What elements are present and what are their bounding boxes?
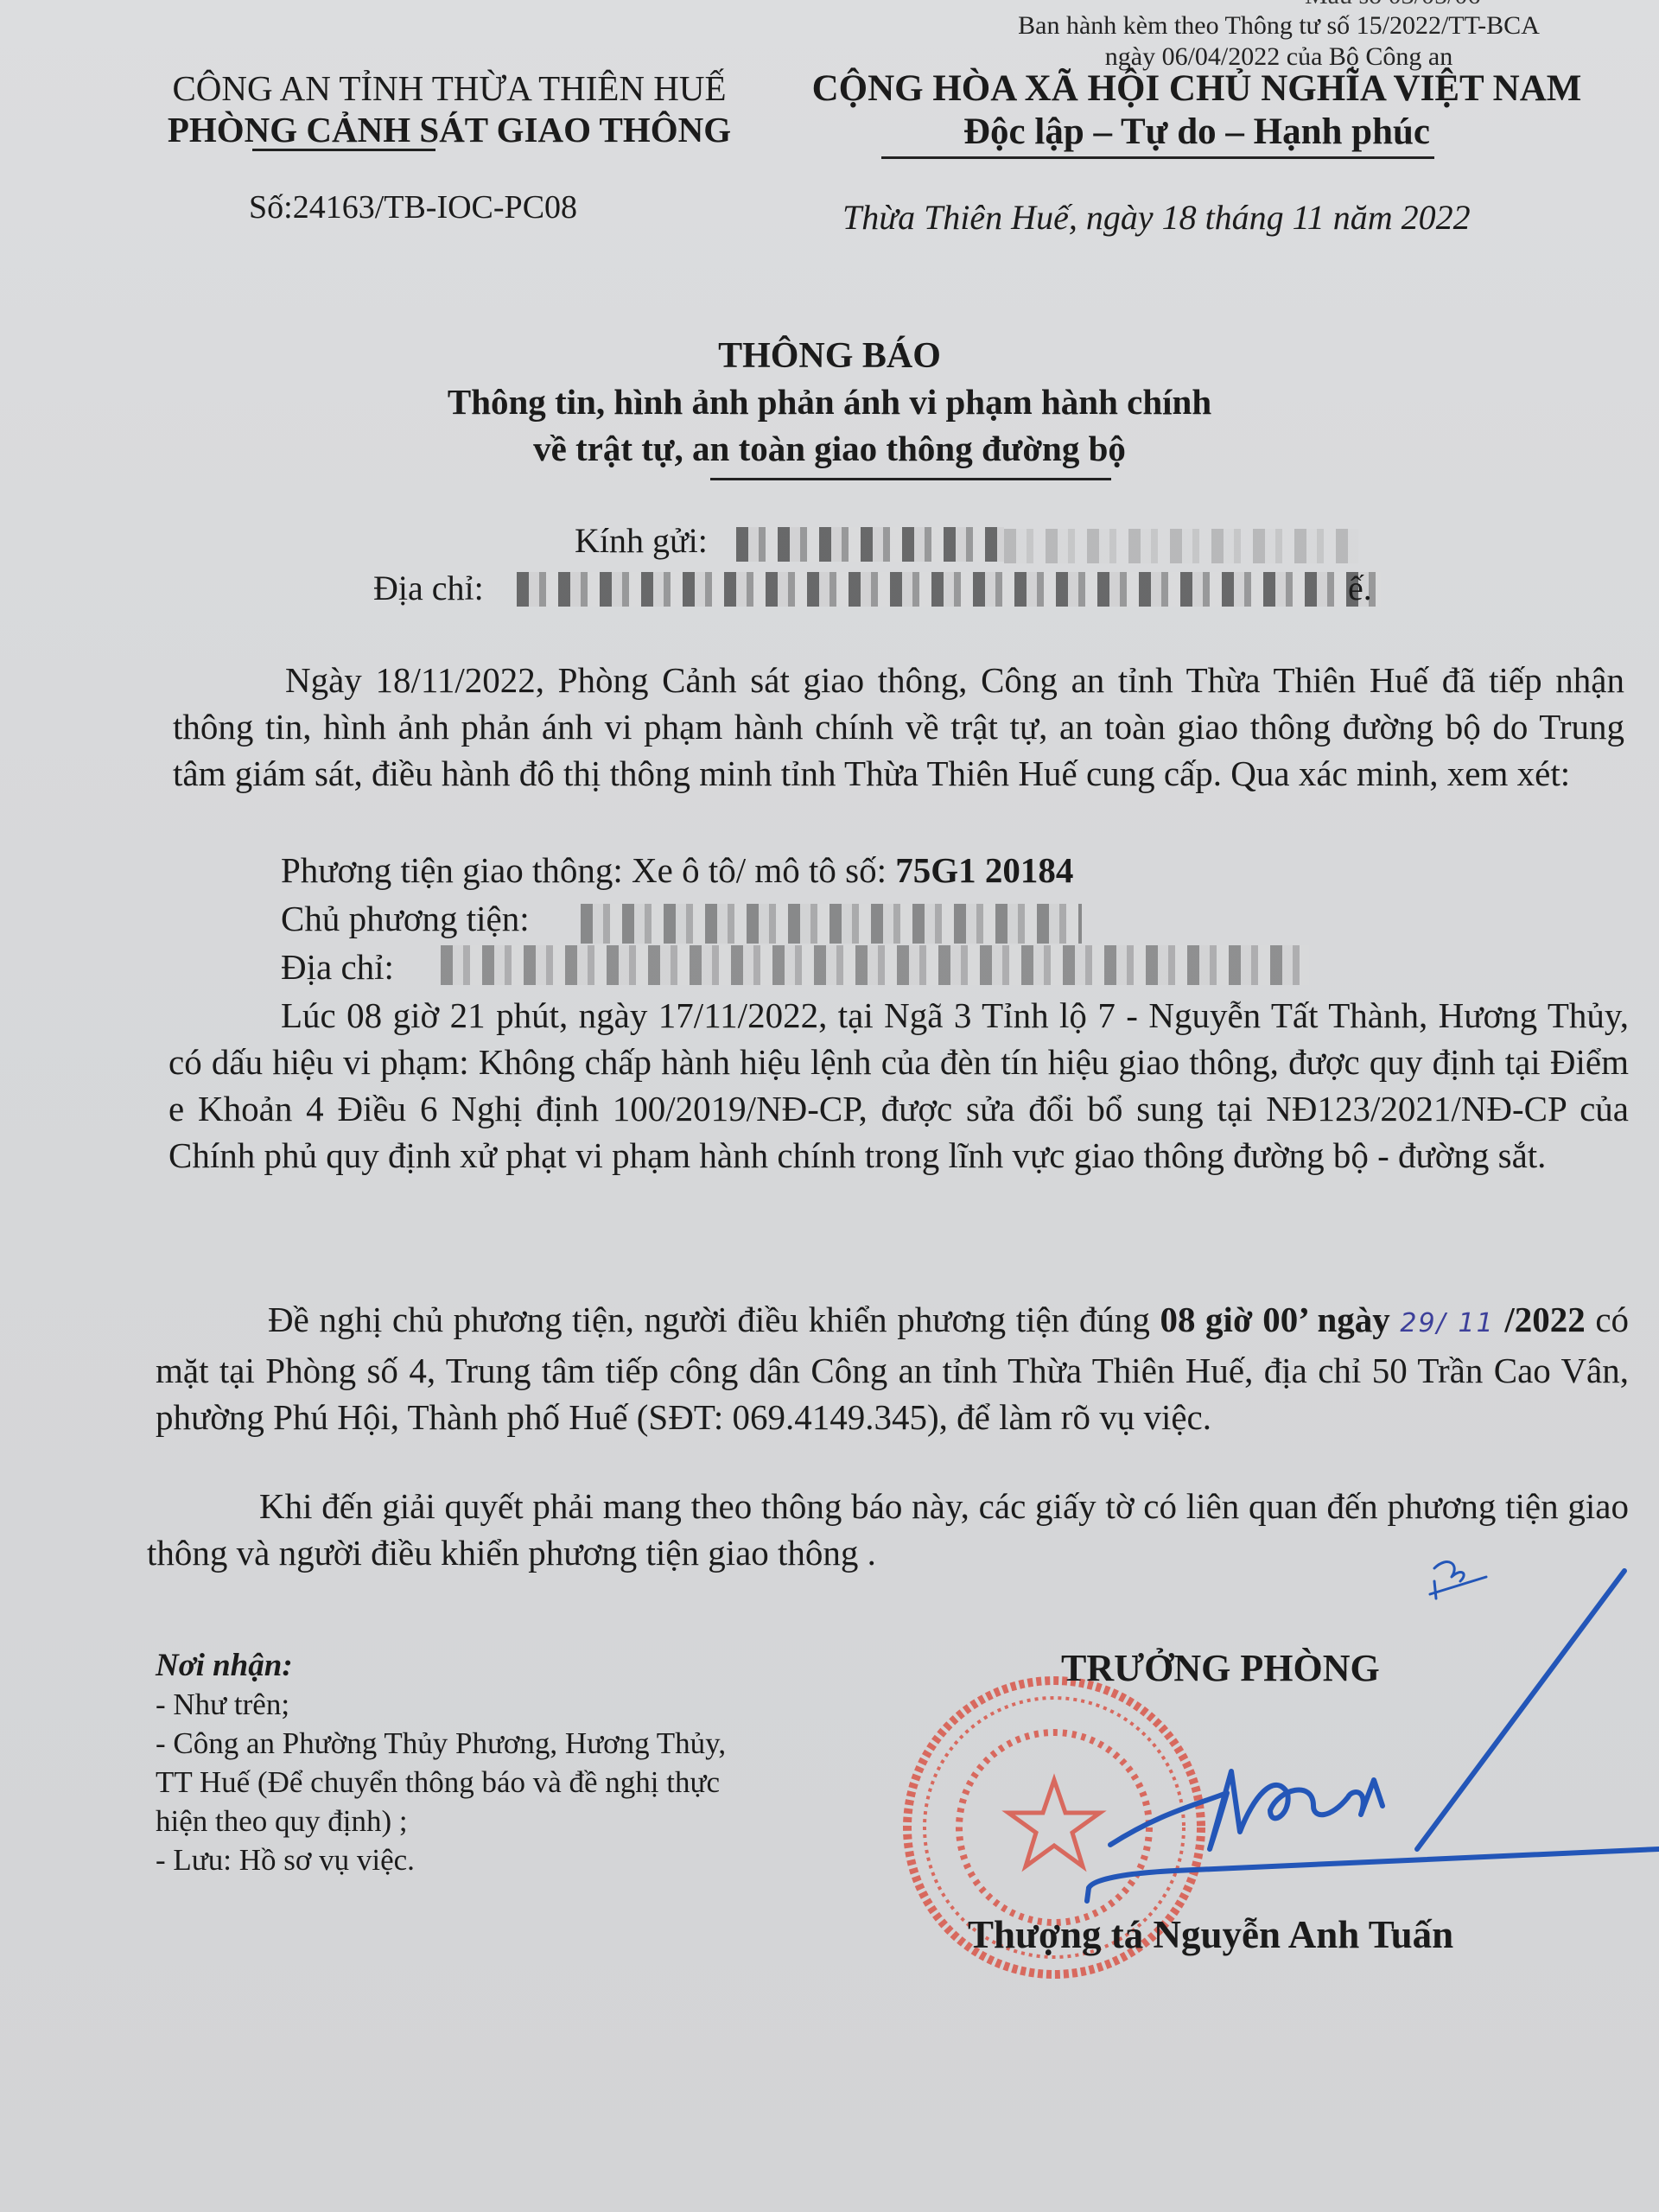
recipient-address-label: Địa chỉ:: [373, 566, 484, 611]
issued-with-line1: Ban hành kèm theo Thông tư số 15/2022/TT…: [985, 10, 1573, 41]
title-main: THÔNG BÁO: [259, 334, 1400, 378]
recipient-item: hiện theo quy định) ;: [156, 1802, 726, 1840]
owner-label: Chủ phương tiện:: [281, 899, 530, 938]
vehicle-field: Phương tiện giao thông: Xe ô tô/ mô tô s…: [281, 847, 1073, 893]
redacted-recipient-name-tail: [1004, 529, 1358, 563]
recipients-list: Nơi nhận: - Như trên; - Công an Phường T…: [156, 1646, 726, 1879]
signature-icon: [1087, 1562, 1659, 1901]
document-number: Số:24163/TB-IOC-PC08: [249, 188, 577, 226]
handwritten-date: 29/ 11: [1400, 1308, 1494, 1338]
recipient-address-tail: ế.: [1348, 566, 1372, 611]
agency-line1: CÔNG AN TỈNH THỪA THIÊN HUẾ: [104, 67, 795, 109]
vehicle-plate: 75G1 20184: [895, 850, 1073, 890]
intro-paragraph: Ngày 18/11/2022, Phòng Cảnh sát giao thô…: [173, 657, 1624, 797]
agency-line2: PHÒNG CẢNH SÁT GIAO THÔNG: [104, 109, 795, 150]
issuing-agency: CÔNG AN TỈNH THỪA THIÊN HUẾ PHÒNG CẢNH S…: [104, 67, 795, 150]
document-date: Thừa Thiên Huế, ngày 18 tháng 11 năm 202…: [842, 197, 1471, 238]
signatory-title: TRƯỞNG PHÒNG: [1061, 1646, 1380, 1690]
recipient-label: Kính gửi:: [575, 518, 708, 563]
request-paragraph: Đề nghị chủ phương tiện, người điều khiể…: [156, 1296, 1629, 1440]
motto-underline: [881, 156, 1434, 159]
closing-paragraph: Khi đến giải quyết phải mang theo thông …: [147, 1483, 1629, 1576]
redacted-recipient-address: [517, 572, 1381, 607]
request-year: /2022: [1504, 1300, 1585, 1339]
title-sub-line1: Thông tin, hình ảnh phản ánh vi phạm hàn…: [259, 378, 1400, 425]
owner-address-label: Địa chỉ:: [281, 947, 394, 987]
signatory-name: Thượng tá Nguyễn Anh Tuấn: [968, 1912, 1453, 1957]
nation-line1: CỘNG HÒA XÃ HỘI CHỦ NGHĨA VIỆT NAM: [782, 67, 1611, 111]
owner-field: Chủ phương tiện:: [281, 895, 530, 942]
violation-paragraph: Lúc 08 giờ 21 phút, ngày 17/11/2022, tại…: [168, 992, 1629, 1179]
request-time: 08 giờ 00’ ngày: [1160, 1300, 1389, 1339]
agency-underline: [252, 149, 435, 151]
document-page: Mẫu số 03/05/06 Ban hành kèm theo Thông …: [0, 0, 1659, 2212]
title-underline: [710, 478, 1111, 480]
vehicle-label: Phương tiện giao thông: Xe ô tô/ mô tô s…: [281, 850, 895, 890]
title-sub-line2: về trật tự, an toàn giao thông đường bộ: [259, 425, 1400, 472]
document-title: THÔNG BÁO Thông tin, hình ảnh phản ánh v…: [259, 334, 1400, 472]
national-header: CỘNG HÒA XÃ HỘI CHỦ NGHĨA VIỆT NAM Độc l…: [782, 67, 1611, 154]
recipient-item: - Lưu: Hồ sơ vụ việc.: [156, 1840, 726, 1879]
nation-motto: Độc lập – Tự do – Hạnh phúc: [782, 111, 1611, 154]
request-pre: Đề nghị chủ phương tiện, người điều khiể…: [268, 1300, 1160, 1339]
owner-address-field: Địa chỉ:: [281, 944, 394, 990]
redacted-owner-address: [441, 945, 1309, 985]
form-issued-note: Ban hành kèm theo Thông tư số 15/2022/TT…: [985, 10, 1573, 73]
form-id: Mẫu số 03/05/06: [1305, 0, 1480, 10]
recipient-item: TT Huế (Để chuyển thông báo và đề nghị t…: [156, 1763, 726, 1802]
redacted-owner-name: [581, 904, 1082, 944]
redacted-recipient-name: [736, 527, 1004, 562]
recipients-heading: Nơi nhận:: [156, 1646, 726, 1685]
recipient-item: - Công an Phường Thủy Phương, Hương Thủy…: [156, 1724, 726, 1763]
recipient-item: - Như trên;: [156, 1685, 726, 1724]
